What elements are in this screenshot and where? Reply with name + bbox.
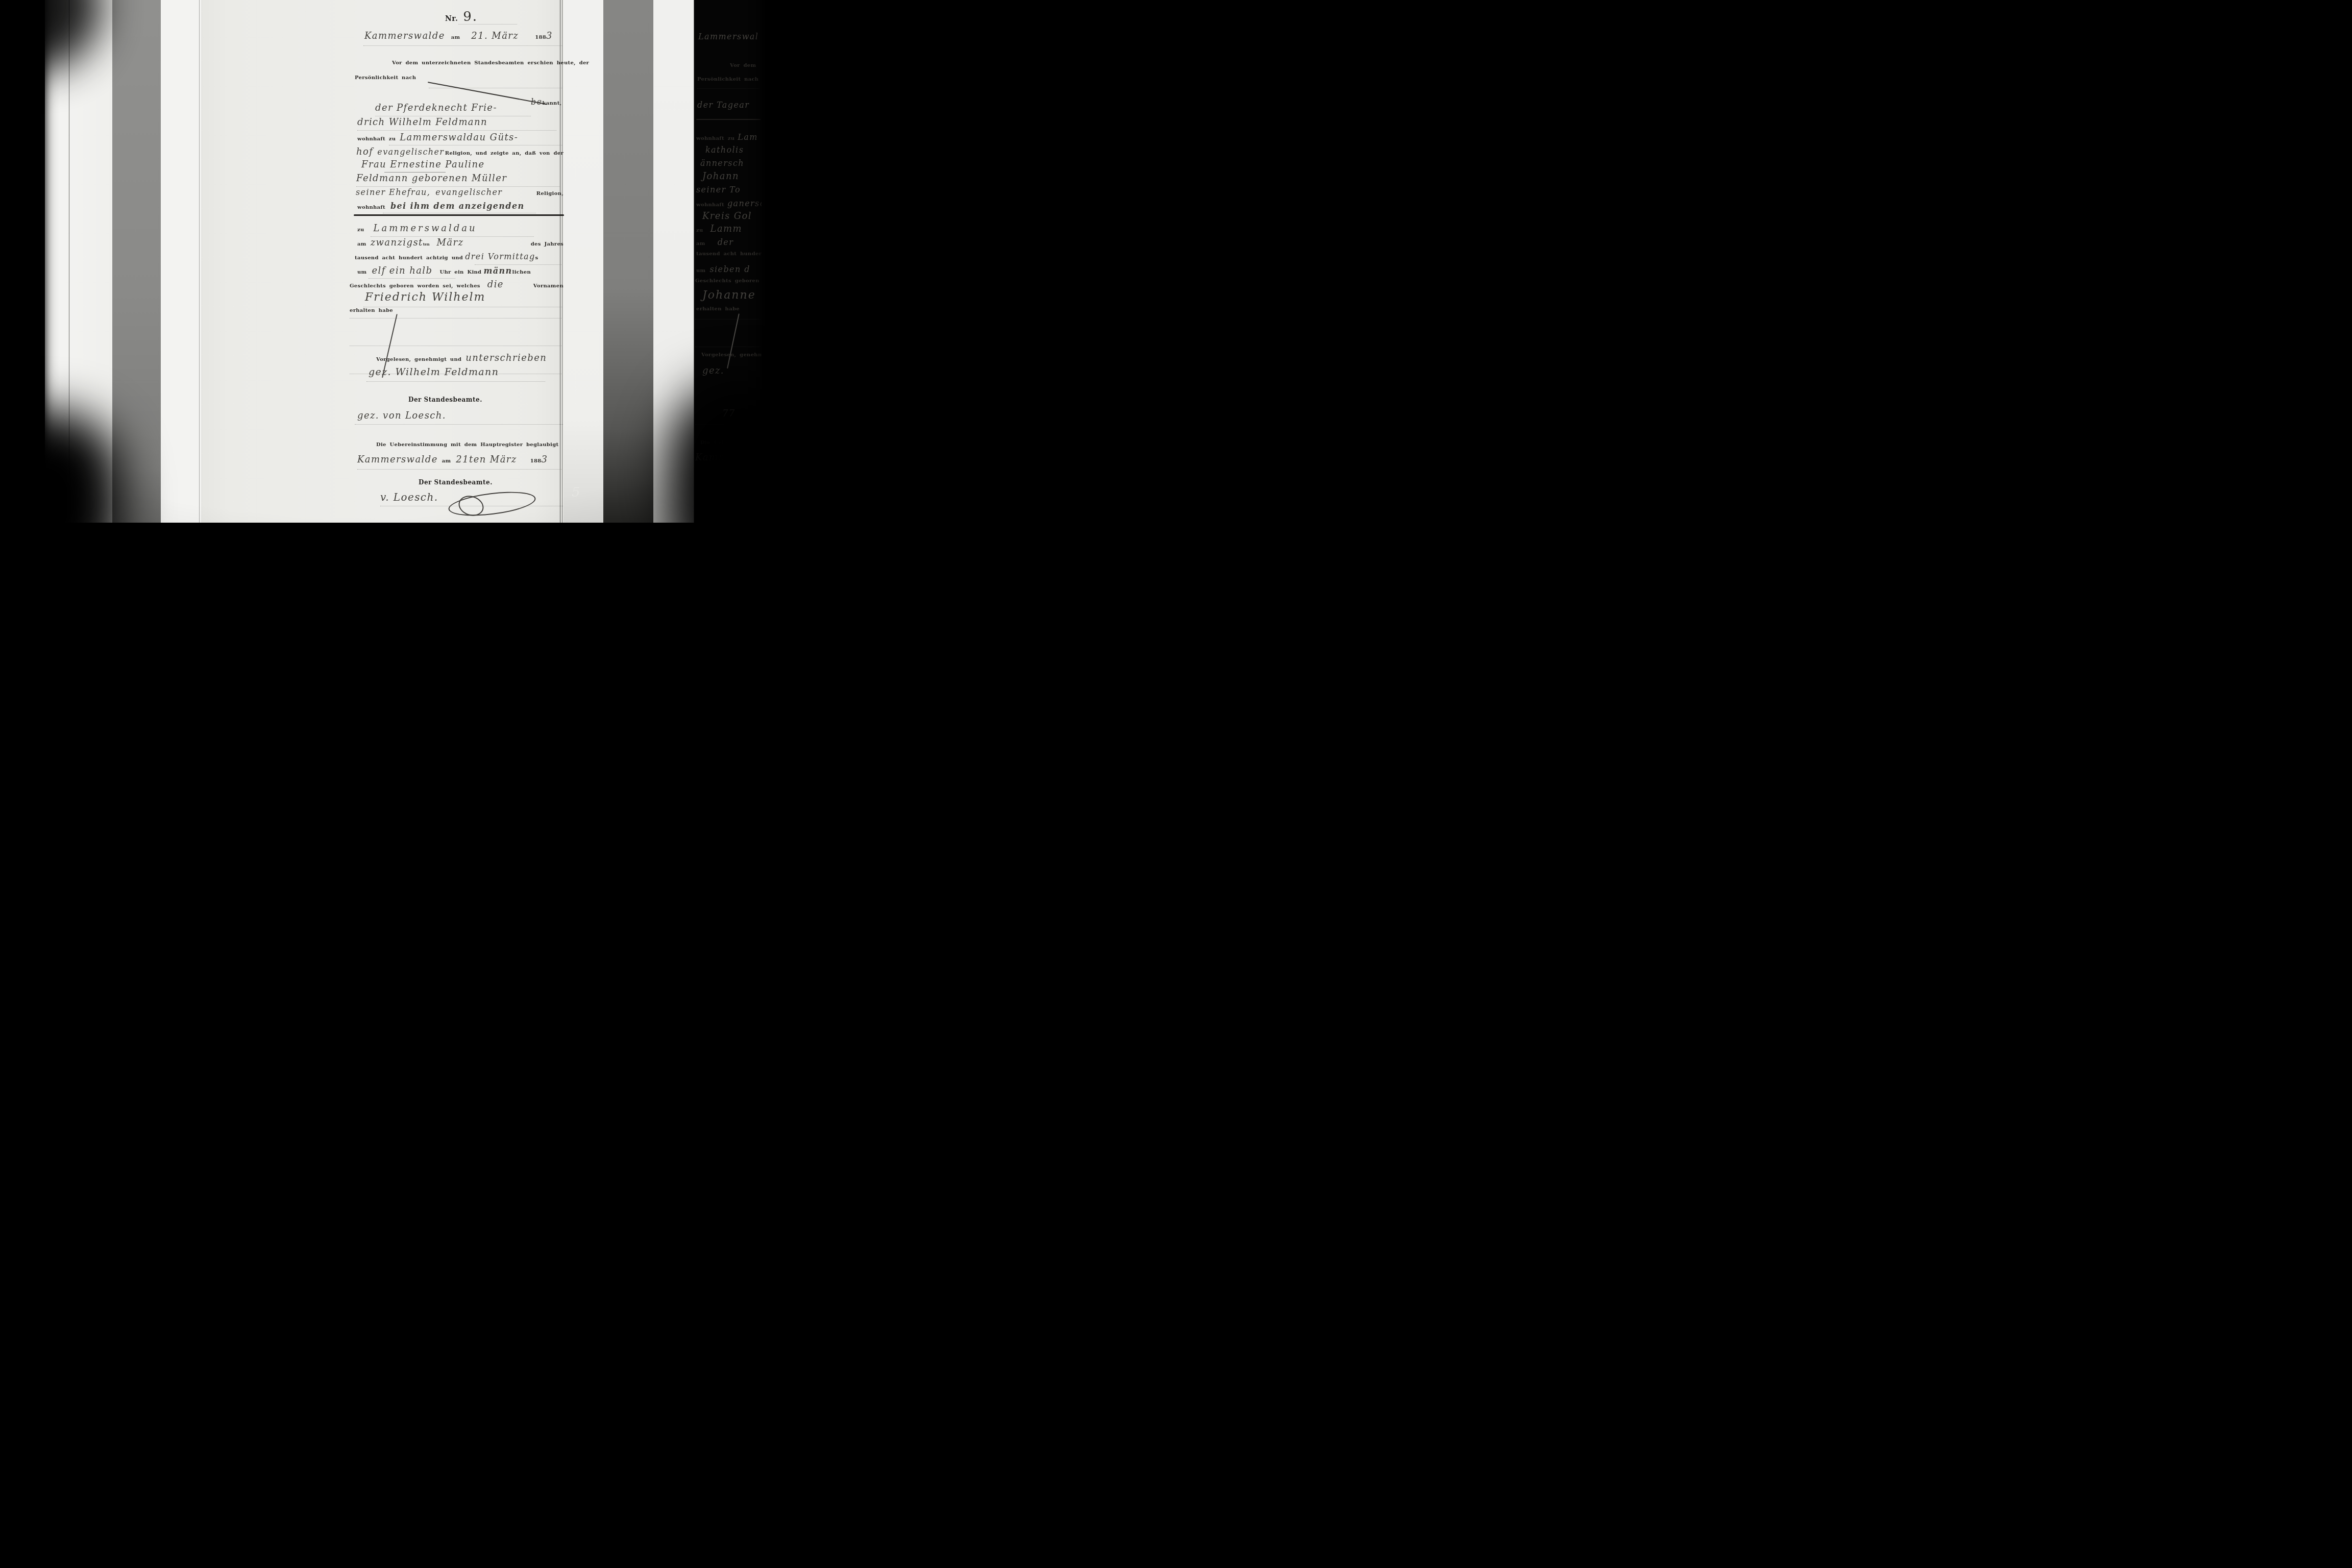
r-beglaubigung: Die Ueberein [700,440,741,446]
line-child-names: Friedrich Wilhelm [365,291,485,304]
ruled-line [363,45,562,46]
line-birthtime: um elf ein halb Uhr ein Kind männ lichen [357,265,563,276]
ruled-line [371,236,534,237]
wohnhaft2-printed: wohnhaft [357,205,385,210]
r-kreis: Kreis Gol [702,211,752,222]
vorgelesen-printed: Vorgelesen, genehmigt und [376,357,461,362]
registrar-signature2-handwritten: v. Loesch. [380,491,438,503]
line-standesbeamte-1: Der Standesbeamte. [408,396,482,403]
r-persoenlichkeit-printed: Persönlichkeit nach [697,77,758,82]
film-white-strip-left2 [161,0,201,523]
film-white-strip-left [45,0,112,523]
ruled-line [458,23,517,24]
line-mother-1: Frau Ernestine Pauline [361,159,485,170]
declarant-signature-handwritten: gez. Wilhelm Feldmann [369,366,499,378]
r-intro-printed: Vor dem [730,63,756,68]
ruled-line [350,345,561,346]
standesbeamte-heading-printed: Der Standesbeamte. [408,396,482,403]
uhr-ein-kind-printed: Uhr ein Kind [439,269,481,275]
beglaubigung-date-handwritten: 21ten März [456,454,517,465]
r-birthyear: tausend acht hundert ach [696,251,762,257]
religion-printed: Religion, und zeigte an, daß von der [445,151,563,156]
r-declarant-handwritten: der Tagear [697,100,749,110]
r-mark-77: 77 [722,408,736,419]
r-child-name: Johanne [702,289,756,302]
bekannt-handwritten-prefix: be [531,97,543,107]
line-beglaubigung-dateline: Kammerswalde am 21ten März 188 3 [357,454,548,465]
ruled-line [429,87,562,88]
r-signature-handwritten: gez. [702,365,724,376]
beglaubigung-place-handwritten: Kammerswalde [357,454,438,465]
r-77-handwritten: 77 [722,408,736,419]
ruled-line [356,186,560,187]
line-religion: hof evangelischer Religion, und zeigte a… [356,146,563,157]
r-divider-rule [696,119,761,120]
microfilm-scan: Nr. 9. Kammerswalde am 21. März 188 3 Vo… [0,0,784,523]
declarant-name-handwritten: drich Wilhelm Feldmann [357,117,487,128]
r-birthyear-printed: tausend acht hundert ach [696,251,762,257]
line-geschlecht: Geschlechts geboren worden sei, welches … [350,279,563,290]
r-religion: katholis [705,145,744,155]
lichen-printed: lichen [512,269,531,275]
section-divider-rule [354,214,564,216]
ruled-line [697,88,759,89]
r-erhalten: erhalten habe [696,306,740,312]
ehefrau-handwritten: seiner Ehefrau, [356,187,430,197]
zu-printed: zu [357,227,364,233]
r-birthplace-handwritten: Lamm [710,224,742,234]
r-erhalten-printed: erhalten habe [696,306,740,312]
r-wohnhaft2-printed: wohnhaft [696,202,724,208]
line-standesbeamte-2: Der Standesbeamte. [419,479,493,486]
ruled-line [695,346,761,347]
r-religion-handwritten: katholis [705,145,744,155]
ruled-line [355,424,563,425]
ruled-line [369,278,455,279]
year-words-printed: tausend acht hundert achtzig und [355,255,463,261]
religion2-printed: Religion, [536,191,563,197]
line-ehefrau: seiner Ehefrau, evangelischer Religion, [356,187,563,197]
r-vorgelesen-printed: Vorgelesen, genehm [701,352,762,358]
ten-superscript-printed: ten [423,242,430,247]
page-edge-line [560,0,560,523]
r-wohnhaft2-handwritten: ganersch [727,199,762,208]
ruled-line [380,505,563,506]
r-intro: Vor dem [730,63,756,68]
r-beglaubigung-printed: Die Ueberein [700,440,741,446]
ruled-line [363,306,562,307]
gender-handwritten: männ [483,266,512,276]
registry-page-next: Lammerswal Vor dem Persönlichkeit nach d… [694,0,762,523]
r-birthdate-handwritten: der [718,237,734,247]
birthplace-handwritten: Lammerswaldau [374,223,477,234]
line-birthdate: am zwanzigst ten März des Jahres [357,237,563,248]
r-wohnhaft-printed: wohnhaft zu [696,136,734,141]
record-number-value: 9. [463,9,478,24]
die-handwritten: die [487,279,504,290]
child-name-handwritten: Friedrich Wilhelm [365,291,485,304]
bekannt-printed: kannt, [543,101,562,106]
r-declarant: der Tagear [697,100,749,110]
ehefrau-religion-handwritten: evangelischer [435,187,502,197]
ruled-line [366,381,545,382]
ruled-line [695,424,761,425]
r-kreis-handwritten: Kreis Gol [702,211,752,222]
film-white-strip-right2 [653,0,694,523]
r-birthplace: zu Lamm [696,224,742,234]
film-crease-line [69,0,69,523]
r-zu-printed: zu [696,228,703,233]
r-mother: Johann [702,171,739,182]
dateline-place-handwritten: Kammerswalde [364,31,445,41]
line-registrar-signature-1: gez. von Loesch. [357,410,446,421]
beglaubigung-year-printed: 188 [530,458,542,464]
dateline-year-printed: 188 [535,35,546,40]
r-ehefrau-handwritten: seiner To [696,185,741,194]
film-gray-band-left [112,0,161,523]
r-mother-handwritten: Johann [702,171,739,182]
year-vormittag-handwritten: drei Vormittag [465,252,535,261]
r-line3-handwritten: ännersch [700,158,744,168]
r-um-printed: um [696,268,705,274]
dateline-year-handwritten: 3 [546,31,553,41]
ruled-line [350,317,561,318]
mother-maiden-name-handwritten: Feldmann geborenen Müller [356,173,507,184]
film-gray-band-right [603,0,653,523]
ruled-line [375,115,531,116]
r-vorgelesen: Vorgelesen, genehm [701,352,762,358]
beglaubigung-printed: Die Uebereinstimmung mit dem Hauptregist… [376,442,558,448]
line-declarant-2: drich Wilhelm Feldmann [357,117,487,128]
r-time-handwritten: sieben d [709,264,750,274]
r-persoenlichkeit: Persönlichkeit nach [697,77,758,82]
record-number: Nr. 9. [445,9,478,24]
erhalten-habe-printed: erhalten habe [350,308,393,313]
r-beglaubigung-place-handwritten: Kammerswal [695,452,762,463]
geschlechts-printed: Geschlechts geboren worden sei, welches [350,283,480,289]
dateline: Kammerswalde am 21. März 188 3 [364,31,553,41]
line-registrar-signature-2: v. Loesch. [380,491,438,503]
r-wohnhaft2: wohnhaft ganersch [696,199,762,208]
r-residence-handwritten: Lam [738,132,758,142]
line-wohnhaft-bei: wohnhaft bei ihm dem anzeigenden [357,201,525,211]
r-dateline: Lammerswal [698,32,758,41]
declarant-occupation-handwritten: der Pferdeknecht Frie- [375,103,497,113]
intro-printed: Vor dem unterzeichneten Standesbeamten e… [392,60,589,66]
line-wohnhaft-zu: wohnhaft zu Lammerswaldau Güts- [357,132,518,143]
ruled-line [695,318,761,320]
r-geschlecht: Geschlechts geboren word [695,278,762,284]
pencil-frame-number: 5 [572,485,580,500]
ruled-line [383,212,536,213]
page2-edge-line [694,0,694,523]
am-printed: am [357,241,366,247]
film-edge-left [0,0,45,523]
line-bekannt: be kannt, [531,97,561,107]
line-vorgelesen: Vorgelesen, genehmigt und unterschrieben [376,353,547,363]
line-declarant-1: der Pferdeknecht Frie- [375,103,497,113]
line-signature-declarant: gez. Wilhelm Feldmann [369,366,499,378]
r-ehefrau: seiner To [696,185,741,194]
r-blank-slash [727,313,740,369]
vormittags-s-printed: s [535,255,538,261]
r-signature: gez. [702,365,724,376]
time-handwritten: elf ein halb [372,265,432,276]
wohnhaft-zu-printed: wohnhaft zu [357,136,396,142]
ruled-line [357,130,556,131]
line-birthplace: zu Lammerswaldau [357,223,477,234]
wohnhaft-bei-handwritten: bei ihm dem anzeigenden [390,201,525,211]
beglaubigung-year-handwritten: 3 [542,454,548,465]
line-persoenlichkeit: Persönlichkeit nach [355,75,416,81]
dateline-am-printed: am [451,35,460,40]
underline-ernestine [384,171,446,173]
unterschrieben-handwritten: unterschrieben [465,353,547,363]
um-printed: um [357,269,366,275]
beglaubigung-am-printed: am [442,458,451,464]
ruled-line [389,144,562,145]
dateline-date-handwritten: 21. März [471,31,519,41]
paper-crease-line [199,0,200,523]
birthday-handwritten: zwanzigst [371,237,423,248]
r-birthtime: um sieben d [696,264,750,274]
line-mother-2: Feldmann geborenen Müller [356,173,507,184]
page-edge-line-2 [562,0,562,523]
line-intro: Vor dem unterzeichneten Standesbeamten e… [392,60,589,66]
r-child-name-handwritten: Johanne [702,289,756,302]
standesbeamte-heading2-printed: Der Standesbeamte. [419,479,493,486]
registrar-signature-handwritten: gez. von Loesch. [357,410,446,421]
r-geschlecht-printed: Geschlechts geboren word [695,278,762,284]
r-beglaubigung-place: Kammerswal [695,452,762,463]
birthmonth-handwritten: März [437,237,464,248]
r-am-printed: am [696,241,705,247]
record-number-label: Nr. [445,15,458,23]
vornamen-printed: Vornamen [533,283,563,289]
ruled-line [475,264,561,265]
film-white-strip-right [563,0,603,523]
r-line-3: ännersch [700,158,744,168]
line-birthyear: tausend acht hundert achtzig und drei Vo… [355,252,563,261]
persoenlichkeit-printed: Persönlichkeit nach [355,75,416,81]
r-wohnhaft: wohnhaft zu Lam [696,132,758,142]
r-place-handwritten: Lammerswal [698,32,758,41]
ruled-line [357,469,561,470]
r-birthdate: am der [696,237,733,247]
residence-suffix-handwritten: hof [356,146,373,157]
line-erhalten-habe: erhalten habe [350,308,393,313]
film-edge-right [761,0,784,523]
mother-name-handwritten: Frau Ernestine Pauline [361,159,485,170]
line-beglaubigung: Die Uebereinstimmung mit dem Hauptregist… [376,442,558,448]
residence-handwritten: Lammerswaldau Güts- [400,132,518,143]
religion-handwritten: evangelischer [377,147,444,157]
des-jahres-printed: des Jahres [531,241,563,247]
